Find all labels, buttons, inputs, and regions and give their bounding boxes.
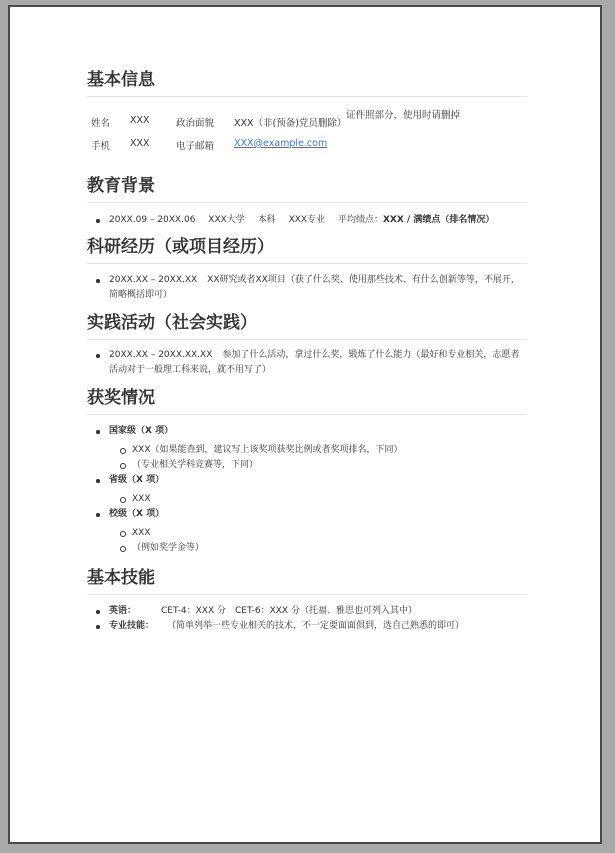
research-period: 20XX.XX – 20XX.XX	[109, 275, 197, 285]
award-item: （专业相关学科竞赛等，下同）	[87, 458, 527, 473]
resume-page: 基本信息 证件照部分，使用时请删掉 姓名 XXX 政治面貌 XXX（非(预备)党…	[8, 5, 602, 844]
education-item: 20XX.09 – 20XX.06 XXX大学 本科 XXX专业 平均绩点：XX…	[87, 213, 527, 228]
practice-period: 20XX.XX – 20XX.XX.XX	[109, 350, 212, 360]
award-item: XXX	[87, 526, 527, 541]
education-degree: 本科	[258, 215, 276, 225]
research-list: 20XX.XX – 20XX.XXXX研究或者XX项目（获了什么奖、使用那些技术…	[87, 273, 527, 303]
skill-item-professional: 专业技能：（简单列举一些专业相关的技术，不一定要面面俱到，选自己熟悉的即可）	[87, 619, 527, 634]
section-title-awards: 获奖情况	[87, 387, 527, 415]
name-label: 姓名	[91, 115, 110, 129]
skill-value: （简单列举一些专业相关的技术，不一定要面面俱到，选自己熟悉的即可）	[167, 621, 464, 631]
photo-note: 证件照部分，使用时请删掉	[346, 107, 460, 121]
education-period: 20XX.09 – 20XX.06	[109, 215, 195, 225]
award-item: （例如奖学金等）	[87, 541, 527, 556]
phone-label: 手机	[91, 138, 110, 152]
section-title-education: 教育背景	[87, 175, 527, 203]
section-title-practice: 实践活动（社会实践）	[87, 312, 527, 340]
education-major: XXX专业	[289, 215, 326, 225]
skill-label: 英语：	[109, 604, 161, 619]
political-label: 政治面貌	[176, 115, 214, 129]
education-gpa-label: 平均绩点：	[338, 215, 383, 225]
section-title-research: 科研经历（或项目经历）	[87, 236, 527, 264]
awards-list: 国家级（X 项） XXX（如果能查到，建议写上该奖项获奖比例或者奖项排名，下同）…	[87, 424, 527, 556]
practice-list: 20XX.XX – 20XX.XX.XX参加了什么活动，拿过什么奖，锻炼了什么能…	[87, 348, 527, 378]
practice-item: 20XX.XX – 20XX.XX.XX参加了什么活动，拿过什么奖，锻炼了什么能…	[87, 348, 527, 378]
section-title-skills: 基本技能	[87, 567, 527, 595]
award-group-national: 国家级（X 项）	[87, 424, 527, 439]
award-item: XXX	[87, 492, 527, 507]
education-list: 20XX.09 – 20XX.06 XXX大学 本科 XXX专业 平均绩点：XX…	[87, 213, 527, 228]
award-group-school: 校级（X 项）	[87, 507, 527, 522]
skill-label: 专业技能：	[109, 619, 167, 634]
email-link[interactable]: XXX@example.com	[234, 138, 327, 149]
section-title-basic-info: 基本信息	[87, 69, 527, 97]
education-school: XXX大学	[208, 215, 245, 225]
phone-value: XXX	[130, 138, 150, 149]
name-value: XXX	[130, 115, 150, 126]
award-item: XXX（如果能查到，建议写上该奖项获奖比例或者奖项排名，下同）	[87, 443, 527, 458]
skill-item-english: 英语：CET-4：XXX 分 CET-6：XXX 分（托福、雅思也可列入其中）	[87, 604, 527, 619]
award-group-provincial: 省级（X 项）	[87, 473, 527, 488]
research-item: 20XX.XX – 20XX.XXXX研究或者XX项目（获了什么奖、使用那些技术…	[87, 273, 527, 303]
email-label: 电子邮箱	[176, 138, 214, 152]
political-value: XXX（非(预备)党员删除）	[234, 115, 346, 129]
skill-value: CET-4：XXX 分 CET-6：XXX 分（托福、雅思也可列入其中）	[161, 606, 417, 616]
education-gpa-value: XXX / 满绩点（排名情况）	[383, 215, 494, 225]
skills-list: 英语：CET-4：XXX 分 CET-6：XXX 分（托福、雅思也可列入其中） …	[87, 604, 527, 634]
